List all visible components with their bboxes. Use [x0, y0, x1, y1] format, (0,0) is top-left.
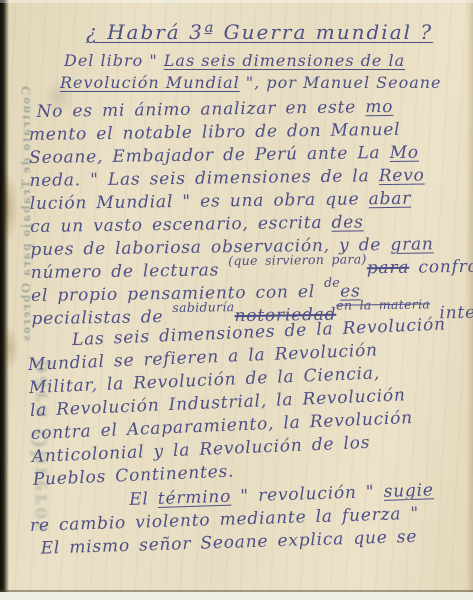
page-top-edge [0, 0, 473, 3]
handwritten-text: ca un vasto escenario, escrita [30, 213, 332, 237]
handwritten-text: " revolución " [231, 482, 384, 507]
page-left-edge [0, 0, 9, 592]
subtitle-underlined-text: Revolución Mundial [60, 73, 240, 92]
manuscript-body: No es mi ánimo analizar en este momento … [30, 101, 466, 561]
scanned-manuscript-page: Contrato de Trabajo para Obreros para Ob… [0, 0, 473, 600]
title-text: ¿ Habrá 3ª Guerra mundial ? [86, 20, 433, 44]
handwritten-text: sugie [383, 480, 434, 502]
handwritten-text: término [158, 487, 232, 509]
manuscript-subtitle-line1: Del libro " Las seis dimensiones de la [64, 51, 466, 73]
manuscript-title: ¿ Habrá 3ª Guerra mundial ? [86, 20, 466, 44]
subtitle-underlined-text: Las seis dimensiones de la [164, 51, 405, 70]
handwritten-text: número de lecturas [31, 260, 229, 283]
handwritten-text: Revo [379, 165, 425, 186]
handwritten-text: Mo [389, 143, 419, 163]
handwritten-text: No es mi ánimo analizar en este [36, 97, 365, 122]
handwritten-text: Seoane, Embajador de Perú ante La [29, 143, 390, 168]
page-bottom-edge [0, 590, 473, 600]
inserted-correction: sabiduría [172, 295, 234, 319]
paragraph: No es mi ánimo analizar en este momento … [28, 95, 467, 331]
handwritten-text: El [129, 489, 158, 510]
handwritten-text: neda. " Las seis dimensiones de la [29, 166, 379, 191]
paragraph: El término " revolución " sugiere cambio… [29, 478, 467, 561]
inserted-correction: en la materia [336, 292, 430, 316]
handwritten-text: lución Mundial " es una obra que [30, 189, 369, 214]
inserted-correction: (que sirvieron para) [228, 247, 367, 272]
handwritten-text: confrontar [409, 256, 473, 278]
paragraph: Las seis dimensiones de la RevoluciónMun… [27, 313, 469, 492]
subtitle-text: ", por Manuel Seoane [240, 73, 442, 92]
handwritten-text: abar [369, 189, 412, 210]
struck-text: para [367, 258, 410, 279]
handwritten-text: gran [390, 234, 434, 255]
handwritten-text: mento el notable libro de don Manuel [29, 120, 401, 145]
handwritten-text: mo [365, 97, 393, 117]
inserted-correction: de [324, 271, 340, 294]
page-right-edge [466, 0, 473, 592]
manuscript-subtitle-line2: Revolución Mundial ", por Manuel Seoane [60, 73, 466, 95]
manuscript-content: ¿ Habrá 3ª Guerra mundial ? Del libro " … [30, 20, 466, 561]
subtitle-text: Del libro " [64, 51, 164, 70]
handwritten-text: des [331, 212, 363, 232]
